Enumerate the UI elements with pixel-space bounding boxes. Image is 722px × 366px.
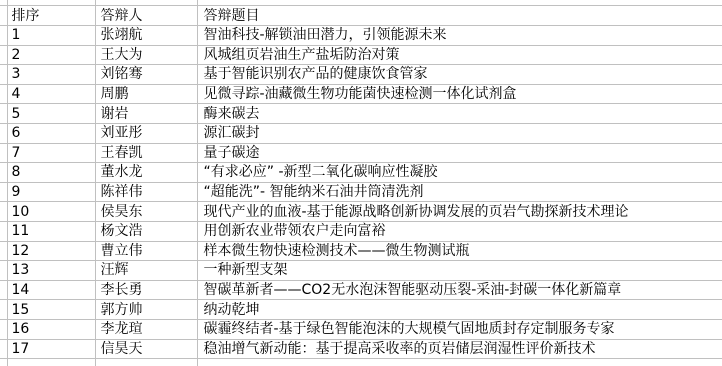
cell-presenter[interactable]: 曹立伟 — [95, 241, 197, 261]
cell-rank[interactable]: 6 — [7, 123, 95, 143]
table-row: 9陈祥伟“超能洗”- 智能纳米石油井筒清洗剂 — [0, 182, 722, 202]
cell-rank[interactable]: 7 — [7, 143, 95, 163]
edge-cell — [0, 104, 7, 124]
cell-presenter[interactable]: 谢岩 — [95, 104, 197, 124]
filler-cell — [197, 359, 722, 366]
table-row: 6刘亚彤源汇碳封 — [0, 123, 722, 143]
edge-cell — [0, 319, 7, 339]
header-cell-presenter[interactable]: 答辩人 — [95, 6, 197, 26]
cell-rank[interactable]: 15 — [7, 300, 95, 320]
cell-topic[interactable]: 源汇碳封 — [197, 123, 722, 143]
cell-rank[interactable]: 2 — [7, 45, 95, 65]
cell-rank[interactable]: 9 — [7, 182, 95, 202]
edge-cell — [0, 84, 7, 104]
cell-presenter[interactable]: 王春凯 — [95, 143, 197, 163]
edge-cell — [0, 143, 7, 163]
cell-presenter[interactable]: 李长勇 — [95, 280, 197, 300]
cell-topic[interactable]: 纳动乾坤 — [197, 300, 722, 320]
table-row: 8董水龙“有求必应” -新型二氧化碳响应性凝胶 — [0, 163, 722, 183]
cell-presenter[interactable]: 刘铭骞 — [95, 65, 197, 85]
cell-presenter[interactable]: 周鹏 — [95, 84, 197, 104]
cell-topic[interactable]: 稳油增气新动能：基于提高采收率的页岩储层润湿性评价新技术 — [197, 339, 722, 359]
edge-cell — [0, 339, 7, 359]
header-cell-rank[interactable]: 排序 — [7, 6, 95, 26]
cell-topic[interactable]: 见微寻踪-油藏微生物功能菌快速检测一体化试剂盒 — [197, 84, 722, 104]
cell-presenter[interactable]: 信昊天 — [95, 339, 197, 359]
cell-topic[interactable]: 现代产业的血液-基于能源战略创新协调发展的页岩气勘探新技术理论 — [197, 202, 722, 222]
cell-rank[interactable]: 1 — [7, 26, 95, 46]
edge-cell — [0, 300, 7, 320]
table-row: 16李龙瑄碳霾终结者-基于绿色智能泡沫的大规模气固地质封存定制服务专家 — [0, 319, 722, 339]
edge-cell — [0, 65, 7, 85]
table-body: 排序 答辩人 答辩题目 1张翊航智油科技-解锁油田潜力，引领能源未来2王大为风城… — [0, 0, 722, 366]
cell-presenter[interactable]: 张翊航 — [95, 26, 197, 46]
table-row: 17信昊天稳油增气新动能：基于提高采收率的页岩储层润湿性评价新技术 — [0, 339, 722, 359]
cell-presenter[interactable]: 董水龙 — [95, 163, 197, 183]
cell-topic[interactable]: 基于智能识别农产品的健康饮食管家 — [197, 65, 722, 85]
cell-rank[interactable]: 8 — [7, 163, 95, 183]
table-row: 15郭方帅纳动乾坤 — [0, 300, 722, 320]
cell-rank[interactable]: 11 — [7, 221, 95, 241]
cell-topic[interactable]: 碳霾终结者-基于绿色智能泡沫的大规模气固地质封存定制服务专家 — [197, 319, 722, 339]
edge-cell — [0, 202, 7, 222]
cell-presenter[interactable]: 陈祥伟 — [95, 182, 197, 202]
cell-topic[interactable]: 酶来碳去 — [197, 104, 722, 124]
cell-rank[interactable]: 10 — [7, 202, 95, 222]
cell-topic[interactable]: 一种新型支架 — [197, 261, 722, 281]
cell-topic[interactable]: 量子碳途 — [197, 143, 722, 163]
table-row: 7王春凯量子碳途 — [0, 143, 722, 163]
cell-topic[interactable]: 智碳革新者——CO2无水泡沫智能驱动压裂-采油-封碳一体化新篇章 — [197, 280, 722, 300]
cell-topic[interactable]: 样本微生物快速检测技术——微生物测试瓶 — [197, 241, 722, 261]
table-row: 10侯昊东现代产业的血液-基于能源战略创新协调发展的页岩气勘探新技术理论 — [0, 202, 722, 222]
table-row: 11杨文浩用创新农业带领农户走向富裕 — [0, 221, 722, 241]
edge-cell — [0, 221, 7, 241]
cell-presenter[interactable]: 侯昊东 — [95, 202, 197, 222]
edge-cell — [0, 182, 7, 202]
cell-presenter[interactable]: 刘亚彤 — [95, 123, 197, 143]
edge-cell — [0, 123, 7, 143]
header-cell-topic[interactable]: 答辩题目 — [197, 6, 722, 26]
edge-cell — [0, 26, 7, 46]
cell-topic[interactable]: 智油科技-解锁油田潜力，引领能源未来 — [197, 26, 722, 46]
table-row: 4周鹏见微寻踪-油藏微生物功能菌快速检测一体化试剂盒 — [0, 84, 722, 104]
cell-presenter[interactable]: 郭方帅 — [95, 300, 197, 320]
defense-schedule-table: 排序 答辩人 答辩题目 1张翊航智油科技-解锁油田潜力，引领能源未来2王大为风城… — [0, 0, 722, 366]
filler-cell — [7, 359, 95, 366]
filler-cell — [95, 359, 197, 366]
cell-rank[interactable]: 16 — [7, 319, 95, 339]
table-row: 13汪辉一种新型支架 — [0, 261, 722, 281]
cell-rank[interactable]: 5 — [7, 104, 95, 124]
edge-cell — [0, 163, 7, 183]
cell-rank[interactable]: 14 — [7, 280, 95, 300]
spreadsheet-viewport: 排序 答辩人 答辩题目 1张翊航智油科技-解锁油田潜力，引领能源未来2王大为风城… — [0, 0, 722, 366]
edge-cell — [0, 280, 7, 300]
table-row: 12曹立伟样本微生物快速检测技术——微生物测试瓶 — [0, 241, 722, 261]
cell-presenter[interactable]: 杨文浩 — [95, 221, 197, 241]
cell-rank[interactable]: 13 — [7, 261, 95, 281]
cell-rank[interactable]: 17 — [7, 339, 95, 359]
header-row: 排序 答辩人 答辩题目 — [0, 6, 722, 26]
table-row: 14李长勇智碳革新者——CO2无水泡沫智能驱动压裂-采油-封碳一体化新篇章 — [0, 280, 722, 300]
edge-cell — [0, 241, 7, 261]
cell-presenter[interactable]: 汪辉 — [95, 261, 197, 281]
cell-rank[interactable]: 12 — [7, 241, 95, 261]
cell-topic[interactable]: 用创新农业带领农户走向富裕 — [197, 221, 722, 241]
filler-cell — [0, 359, 7, 366]
table-row: 3刘铭骞基于智能识别农产品的健康饮食管家 — [0, 65, 722, 85]
table-row: 2王大为风城组页岩油生产盐垢防治对策 — [0, 45, 722, 65]
cell-topic[interactable]: “有求必应” -新型二氧化碳响应性凝胶 — [197, 163, 722, 183]
edge-cell — [0, 261, 7, 281]
cell-rank[interactable]: 4 — [7, 84, 95, 104]
partial-row-bottom — [0, 359, 722, 366]
cell-rank[interactable]: 3 — [7, 65, 95, 85]
cell-topic[interactable]: “超能洗”- 智能纳米石油井筒清洗剂 — [197, 182, 722, 202]
cell-presenter[interactable]: 李龙瑄 — [95, 319, 197, 339]
table-row: 5谢岩酶来碳去 — [0, 104, 722, 124]
edge-cell — [0, 6, 7, 26]
table-row: 1张翊航智油科技-解锁油田潜力，引领能源未来 — [0, 26, 722, 46]
cell-presenter[interactable]: 王大为 — [95, 45, 197, 65]
cell-topic[interactable]: 风城组页岩油生产盐垢防治对策 — [197, 45, 722, 65]
edge-cell — [0, 45, 7, 65]
